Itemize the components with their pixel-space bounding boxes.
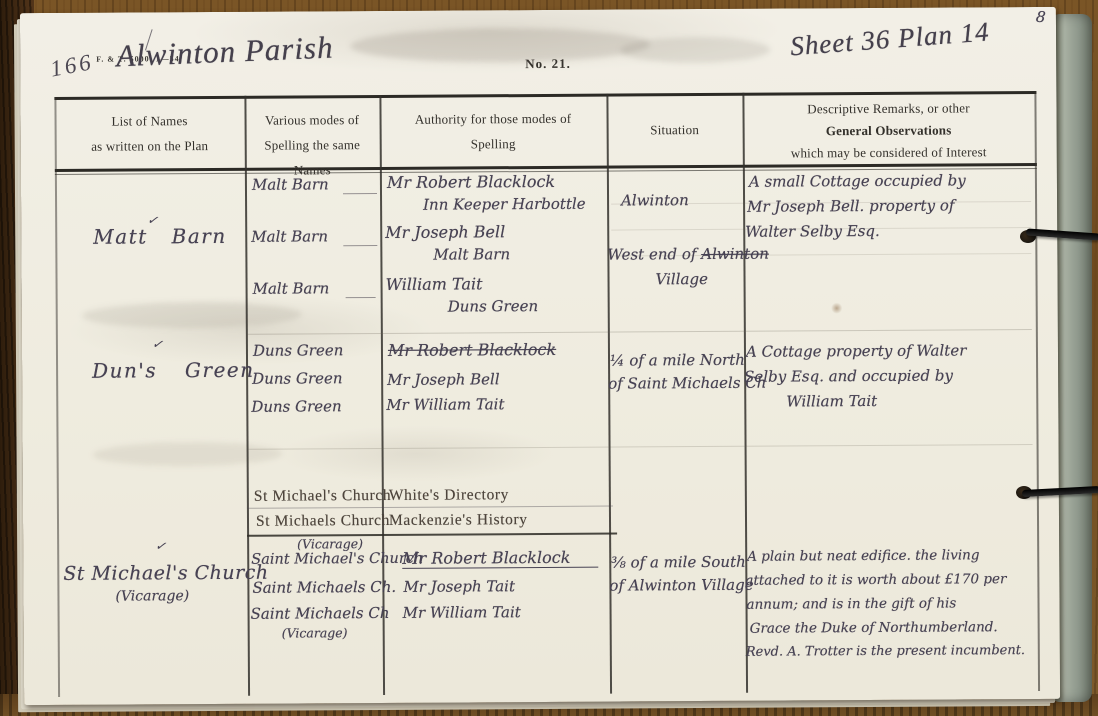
spelling-note: (Vicarage) [297, 536, 363, 551]
plan-name: St Michael's Church [63, 562, 268, 585]
situation-line: ¼ of a mile North [610, 351, 745, 370]
ink-smudge [350, 27, 650, 63]
header-remarks-line3: which may be considered of Interest [743, 141, 1035, 165]
printed-spelling: St Michaels Church [256, 512, 390, 531]
spelling-note: (Vicarage) [282, 625, 348, 640]
situation-line: of Alwinton Village [609, 576, 753, 595]
spelling-entry: Malt Barn [251, 227, 328, 245]
header-spelling: Various modes of Spelling the same Names [244, 107, 379, 183]
spelling-entry: Duns Green [251, 397, 341, 416]
header-remarks: Descriptive Remarks, or other General Ob… [742, 97, 1034, 165]
remarks-line: Revd. A. Trotter is the present incumben… [746, 643, 1025, 660]
printed-spelling: St Michael's Church [254, 487, 391, 506]
situation-line: ⅜ of a mile South [611, 553, 746, 572]
header-names-line2: as written on the Plan [55, 133, 245, 159]
authority-residence: Duns Green [448, 297, 538, 316]
plan-name: Dun's Green [92, 358, 255, 383]
name-book-table: List of Names as written on the Plan Var… [54, 91, 1040, 697]
authority-name: Mr Joseph Bell [387, 370, 500, 389]
check-mark: ✓ [151, 336, 164, 353]
situation-struck-word: Alwinton [701, 245, 769, 263]
document-page: 166 F. & T. 5000. 1—54. Alwinton Parish … [20, 7, 1060, 705]
remarks-line: William Tait [786, 392, 877, 411]
printed-authority: Mackenzie's History [389, 511, 528, 530]
row-separator-faint [248, 329, 1032, 335]
sheet-plan-reference: Sheet 36 Plan 14 [789, 16, 990, 62]
authority-name: William Tait [386, 274, 483, 294]
remarks-line: A Cottage property of Walter [746, 341, 966, 360]
situation-inserted-word: Alwinton [621, 191, 689, 209]
remarks-line: Grace the Duke of Northumberland. [750, 619, 998, 637]
header-remarks-line1: Descriptive Remarks, or other [742, 97, 1034, 121]
remarks-line: attached to it is worth about £170 per [745, 571, 1006, 589]
header-situation: Situation [607, 117, 743, 143]
spelling-entry: Malt Barn [253, 279, 330, 297]
authority-name: Mr William Tait [386, 395, 504, 414]
spelling-underline [343, 245, 377, 246]
remarks-line: A plain but neat edifice. the living [747, 547, 979, 564]
plan-name-sub: (Vicarage) [115, 588, 189, 604]
authority-residence: Inn Keeper Harbottle [423, 195, 586, 214]
remarks-line: Mr Joseph Bell. property of [747, 196, 954, 215]
spelling-entry: Saint Michaels Ch [251, 604, 390, 623]
authority-name: Mr William Tait [403, 603, 521, 622]
column-divider [606, 94, 611, 694]
authority-name: Mr Joseph Tait [403, 577, 515, 596]
header-names-line1: List of Names [54, 108, 244, 134]
authority-name-struck: Mr Robert Blacklock [388, 340, 556, 360]
situation-line: West end of Alwinton [607, 245, 769, 264]
authority-name: Mr Joseph Bell [385, 222, 505, 242]
spelling-entry: Saint Michael's Church [251, 551, 423, 568]
remarks-line: Walter Selby Esq. [745, 222, 880, 241]
table-border-right [1034, 91, 1039, 691]
spelling-entry: Malt Barn [252, 175, 329, 193]
row-separator-faint [249, 444, 1033, 450]
ink-smudge [620, 37, 770, 64]
header-authority-line1: Authority for those modes of [379, 106, 606, 132]
authority-name: Mr Robert Blacklock [387, 172, 555, 192]
spelling-underline [343, 193, 377, 194]
column-divider [244, 96, 249, 696]
header-authority: Authority for those modes of Spelling [379, 106, 606, 157]
printed-authority: White's Directory [389, 486, 509, 505]
authority-residence: Malt Barn [433, 245, 510, 263]
header-names: List of Names as written on the Plan [54, 108, 244, 159]
spelling-underline [346, 297, 376, 298]
scanned-name-book-photo: { "page": { "folio_number": "166", "stam… [0, 0, 1098, 716]
entry-rule [247, 506, 613, 509]
remarks-line: annum; and is in the gift of his [746, 595, 956, 612]
plan-name: Matt Barn [93, 224, 227, 249]
situation-text: West end of [607, 245, 696, 264]
remarks-line: Selby Esq. and occupied by [744, 366, 953, 385]
spelling-entry: Duns Green [252, 369, 342, 388]
spelling-entry: Saint Michaels Ch. [252, 578, 396, 597]
spelling-entry: Duns Green [253, 341, 343, 360]
folio-number: 166 [48, 49, 95, 82]
header-remarks-line2: General Observations [743, 119, 1035, 143]
situation-line: of Saint Michaels Ch [608, 374, 766, 393]
check-mark: ✓ [154, 538, 167, 555]
header-spelling-line1: Various modes of [244, 107, 379, 133]
authority-name: Mr Robert Blacklock [402, 548, 598, 568]
table-border-left [54, 97, 59, 697]
corner-page-number: 8 [1035, 8, 1046, 27]
situation-line: Village [655, 270, 707, 288]
form-number: No. 21. [525, 56, 571, 72]
authority-underlined: Mr Robert Blacklock [402, 548, 598, 569]
remarks-line: A small Cottage occupied by [749, 171, 966, 190]
header-authority-line2: Spelling [380, 131, 607, 157]
